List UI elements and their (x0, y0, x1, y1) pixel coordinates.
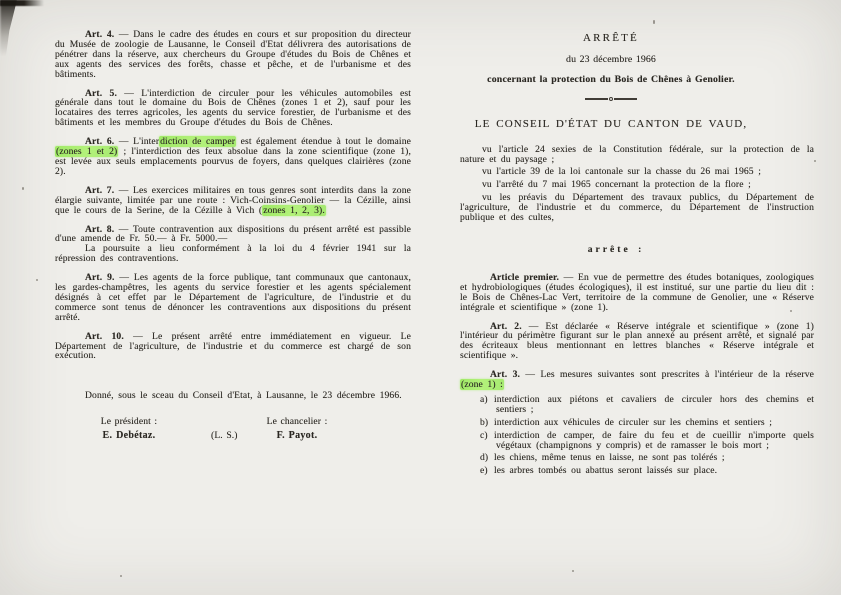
chancellor-signature: Le chancelier : F. Payot. (241, 417, 353, 441)
scan-artifact-corner-streak (0, 0, 17, 56)
article-premier: Article premier. — En vue de permettre d… (460, 273, 814, 313)
decree-word: arrête : (460, 245, 814, 255)
decree-heading: ARRÊTÉ du 23 décembre 1966 concernant la… (460, 34, 814, 130)
signature-block: Le président : E. Debétaz. (L. S.) Le ch… (55, 417, 411, 459)
highlight-zones-1-2-3: zones 1, 2, 3). (262, 205, 326, 216)
divider-ornament (460, 96, 762, 103)
measure-b-letter: b) (480, 418, 494, 428)
scanned-document-spread: Art. 4. — Dans le cadre des études en co… (0, 0, 841, 595)
measure-d-letter: d) (480, 453, 494, 463)
measure-d: d)les chiens, même tenus en laisse, ne s… (460, 453, 814, 463)
scan-speck (120, 575, 122, 577)
recital-2: vu l'article 39 de la loi cantonale sur … (460, 167, 814, 177)
closing-formula: Donné, sous le sceau du Conseil d'Etat, … (55, 391, 411, 401)
measure-c-text: interdiction de camper, de faire du feu … (494, 430, 814, 451)
measure-a-text: interdiction aux piétons et cavaliers de… (494, 394, 814, 415)
recital-1: vu l'article 24 sexies de la Constitutio… (460, 145, 814, 165)
measure-c-letter: c) (480, 431, 494, 441)
seal-text: (L. S.) (211, 431, 238, 441)
article-5: Art. 5. — L'interdiction de circuler pou… (55, 89, 411, 129)
measure-b-text: interdiction aux véhicules de circuler s… (494, 417, 772, 428)
recital-4: vu les préavis du Département des travau… (460, 193, 814, 223)
article-4: Art. 4. — Dans le cadre des études en co… (55, 30, 411, 80)
left-page: Art. 4. — Dans le cadre des études en co… (55, 30, 411, 459)
divider-dot (609, 97, 613, 101)
chancellor-name: F. Payot. (241, 431, 353, 441)
council-line: LE CONSEIL D'ÉTAT DU CANTON DE VAUD, (460, 120, 762, 130)
article-3-text: — Les mesures suivantes sont prescrites … (520, 369, 814, 380)
measure-b: b)interdiction aux véhicules de circuler… (460, 418, 814, 428)
divider-line-left (585, 98, 608, 100)
article-8-paragraph-2: La poursuite a lieu conformément à la lo… (55, 244, 411, 264)
measure-a-letter: a) (480, 395, 494, 405)
article-7: Art. 7. — Les exercices militaires en to… (55, 186, 411, 216)
seal-mark: (L. S.) (211, 431, 238, 441)
scan-speck (36, 279, 38, 281)
article-10: Art. 10. — Le présent arrêté entre imméd… (55, 332, 411, 362)
scan-speck (572, 570, 574, 572)
right-page: ARRÊTÉ du 23 décembre 1966 concernant la… (460, 30, 814, 476)
highlight-zone-1: (zone 1) : (460, 379, 504, 390)
president-title: Le président : (73, 417, 185, 427)
scan-speck (22, 187, 24, 190)
article-2: Art. 2. — Est déclarée « Réserve intégra… (460, 322, 814, 362)
measures-list: a)interdiction aux piétons et cavaliers … (460, 395, 814, 476)
article-3: Art. 3. — Les mesures suivantes sont pre… (460, 370, 814, 390)
president-signature: Le président : E. Debétaz. (73, 417, 185, 441)
decree-date: du 23 décembre 1966 (460, 55, 762, 65)
decree-subject: concernant la protection du Bois de Chên… (460, 75, 762, 85)
article-9: Art. 9. — Les agents de la force publiqu… (55, 273, 411, 323)
recital-3: vu l'arrêté du 7 mai 1965 concernant la … (460, 180, 814, 190)
article-6: Art. 6. — L'interdiction de camper est é… (55, 137, 411, 177)
scan-speck (653, 20, 655, 24)
measure-e: e)les arbres tombés ou abattus seront la… (460, 466, 814, 476)
president-name: E. Debétaz. (73, 431, 185, 441)
measure-e-letter: e) (480, 466, 494, 476)
scan-speck (814, 160, 816, 162)
article-8: Art. 8. — Toute contravention aux dispos… (55, 225, 411, 245)
measure-c: c)interdiction de camper, de faire du fe… (460, 431, 814, 451)
measure-a: a)interdiction aux piétons et cavaliers … (460, 395, 814, 415)
decree-title: ARRÊTÉ (460, 34, 762, 44)
chancellor-title: Le chancelier : (241, 417, 353, 427)
measure-e-text: les arbres tombés ou abattus seront lais… (494, 465, 717, 476)
measure-d-text: les chiens, même tenus en laisse, ne son… (494, 452, 725, 463)
recitals: vu l'article 24 sexies de la Constitutio… (460, 145, 814, 223)
divider-line-right (614, 98, 637, 100)
